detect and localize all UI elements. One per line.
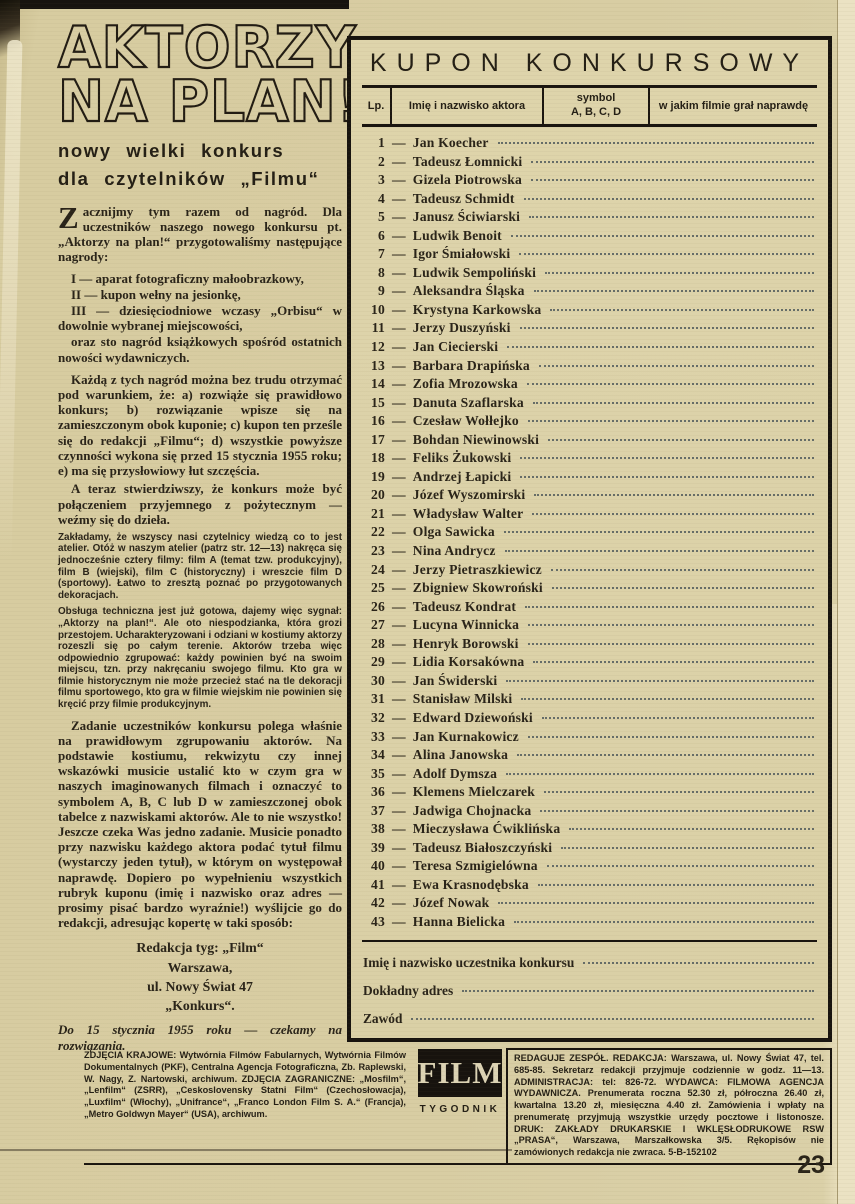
dash-separator: — bbox=[392, 914, 406, 930]
dash-separator: — bbox=[392, 228, 406, 244]
actor-name: Feliks Żukowski bbox=[413, 450, 512, 466]
actor-row: 6 — Ludwik Benoit bbox=[363, 228, 816, 247]
actor-number: 41 bbox=[363, 877, 385, 893]
actor-name: Mieczysława Ćwiklińska bbox=[413, 821, 561, 837]
actor-row: 18 — Feliks Żukowski bbox=[363, 450, 816, 469]
actor-row: 35 — Adolf Dymsza bbox=[363, 766, 816, 785]
actor-name: Janusz Ściwiarski bbox=[413, 209, 520, 225]
answer-blank-line bbox=[504, 531, 814, 533]
answer-blank-line bbox=[548, 439, 814, 441]
actor-row: 31 — Stanisław Milski bbox=[363, 691, 816, 710]
actor-name: Adolf Dymsza bbox=[413, 766, 497, 782]
actor-number: 42 bbox=[363, 895, 385, 911]
actor-name: Aleksandra Śląska bbox=[413, 283, 525, 299]
prize-item-4: oraz sto nagród książkowych spośród osta… bbox=[58, 334, 342, 364]
actor-name: Krystyna Karkowska bbox=[413, 302, 542, 318]
dash-separator: — bbox=[392, 636, 406, 652]
actor-row: 17 — Bohdan Niewinowski bbox=[363, 432, 816, 451]
actor-row: 39 — Tadeusz Białoszczyński bbox=[363, 840, 816, 859]
dash-separator: — bbox=[392, 358, 406, 374]
actor-row: 41 — Ewa Krasnodębska bbox=[363, 877, 816, 896]
actor-name: Ludwik Sempoliński bbox=[413, 265, 536, 281]
actor-number: 39 bbox=[363, 840, 385, 856]
actor-number: 33 bbox=[363, 729, 385, 745]
actor-row: 13 — Barbara Drapińska bbox=[363, 358, 816, 377]
dash-separator: — bbox=[392, 673, 406, 689]
dash-separator: — bbox=[392, 432, 406, 448]
actor-name: Barbara Drapińska bbox=[413, 358, 530, 374]
actor-row: 9 — Aleksandra Śląska bbox=[363, 283, 816, 302]
actor-name: Hanna Bielicka bbox=[413, 914, 505, 930]
answer-blank-line bbox=[506, 773, 814, 775]
page-torn-edge-left bbox=[0, 40, 22, 560]
answer-blank-line bbox=[552, 587, 814, 589]
dash-separator: — bbox=[392, 320, 406, 336]
editorial-address: Redakcja tyg: „Film“ Warszawa, ul. Nowy … bbox=[58, 938, 342, 1015]
actor-name: Jan Świderski bbox=[413, 673, 498, 689]
actor-number: 28 bbox=[363, 636, 385, 652]
dash-separator: — bbox=[392, 803, 406, 819]
answer-blank-line bbox=[524, 198, 814, 200]
actor-name: Jerzy Duszyński bbox=[413, 320, 511, 336]
actor-name: Teresa Szmigielówna bbox=[413, 858, 538, 874]
actor-row: 33 — Jan Kurnakowicz bbox=[363, 729, 816, 748]
page-edge-top bbox=[0, 0, 349, 9]
actor-row: 25 — Zbigniew Skowroński bbox=[363, 580, 816, 599]
actor-number: 8 bbox=[363, 265, 385, 281]
answer-blank-line bbox=[538, 884, 814, 886]
column-header-film: w jakim filmie grał naprawdę bbox=[650, 88, 817, 124]
answer-blank-line bbox=[527, 383, 814, 385]
film-logo-text: FILM bbox=[418, 1055, 503, 1091]
actor-row: 12 — Jan Ciecierski bbox=[363, 339, 816, 358]
paragraph-intro: Zacznijmy tym razem od nagród. Dla uczes… bbox=[58, 204, 342, 265]
answer-blank-line bbox=[550, 309, 814, 311]
field-label-participant-name: Imię i nazwisko uczestnika konkursu bbox=[363, 955, 574, 971]
dash-separator: — bbox=[392, 135, 406, 151]
actor-number: 18 bbox=[363, 450, 385, 466]
paragraph-conditions: Każdą z tych nagród można bez trudu otrz… bbox=[58, 372, 342, 478]
actor-name: Igor Śmiałowski bbox=[413, 246, 511, 262]
address-blank-line bbox=[462, 990, 814, 992]
actor-row: 4 — Tadeusz Schmidt bbox=[363, 191, 816, 210]
dash-separator: — bbox=[392, 265, 406, 281]
page-number: 23 bbox=[797, 1151, 825, 1180]
actor-number: 10 bbox=[363, 302, 385, 318]
actor-name: Jan Ciecierski bbox=[413, 339, 498, 355]
actor-number: 5 bbox=[363, 209, 385, 225]
actor-row: 10 — Krystyna Karkowska bbox=[363, 302, 816, 321]
actor-name: Bohdan Niewinowski bbox=[413, 432, 539, 448]
answer-blank-line bbox=[511, 235, 814, 237]
article-subtitle-line1: nowy wielki konkurs bbox=[58, 137, 342, 166]
actor-row: 22 — Olga Sawicka bbox=[363, 524, 816, 543]
dash-separator: — bbox=[392, 506, 406, 522]
dash-separator: — bbox=[392, 209, 406, 225]
actor-row: 23 — Nina Andrycz bbox=[363, 543, 816, 562]
dash-separator: — bbox=[392, 784, 406, 800]
actor-number: 9 bbox=[363, 283, 385, 299]
actor-number: 37 bbox=[363, 803, 385, 819]
actor-row: 8 — Ludwik Sempoliński bbox=[363, 265, 816, 284]
actor-name: Jadwiga Chojnacka bbox=[413, 803, 532, 819]
actor-row: 27 — Lucyna Winnicka bbox=[363, 617, 816, 636]
column-header-lp: Lp. bbox=[362, 88, 392, 124]
actor-name: Nina Andrycz bbox=[413, 543, 496, 559]
answer-blank-line bbox=[498, 902, 814, 904]
film-logo-box: FILM bbox=[418, 1049, 502, 1097]
dash-separator: — bbox=[392, 469, 406, 485]
answer-blank-line bbox=[540, 810, 814, 812]
dash-separator: — bbox=[392, 172, 406, 188]
actor-number: 31 bbox=[363, 691, 385, 707]
address-line-3: ul. Nowy Świat 47 bbox=[58, 977, 342, 996]
actor-row: 3 — Gizela Piotrowska bbox=[363, 172, 816, 191]
footer: ZDJĘCIA KRAJOWE: Wytwórnia Filmów Fabula… bbox=[84, 1048, 832, 1165]
actor-row: 26 — Tadeusz Kondrat bbox=[363, 599, 816, 618]
actor-number: 24 bbox=[363, 562, 385, 578]
answer-blank-line bbox=[506, 680, 814, 682]
dash-separator: — bbox=[392, 524, 406, 540]
answer-blank-line bbox=[525, 606, 814, 608]
field-label-address: Dokładny adres bbox=[363, 983, 453, 999]
actor-number: 43 bbox=[363, 914, 385, 930]
dash-separator: — bbox=[392, 729, 406, 745]
actor-number: 21 bbox=[363, 506, 385, 522]
actor-name: Henryk Borowski bbox=[413, 636, 519, 652]
actor-row: 38 — Mieczysława Ćwiklińska bbox=[363, 821, 816, 840]
address-line-1: Redakcja tyg: „Film“ bbox=[58, 938, 342, 957]
dash-separator: — bbox=[392, 302, 406, 318]
actor-name: Tadeusz Kondrat bbox=[413, 599, 516, 615]
contest-coupon: KUPON KONKURSOWY Lp. Imię i nazwisko akt… bbox=[347, 36, 832, 1042]
actor-number: 36 bbox=[363, 784, 385, 800]
actor-number: 20 bbox=[363, 487, 385, 503]
actor-name: Ewa Krasnodębska bbox=[413, 877, 529, 893]
actor-number: 1 bbox=[363, 135, 385, 151]
prize-item-2: II — kupon wełny na jesionkę, bbox=[58, 287, 342, 302]
dash-separator: — bbox=[392, 154, 406, 170]
actor-name: Jan Kurnakowicz bbox=[413, 729, 519, 745]
actor-name: Tadeusz Schmidt bbox=[413, 191, 515, 207]
actor-number: 38 bbox=[363, 821, 385, 837]
prize-item-3: III — dziesięciodniowe wczasy „Orbisu“ w… bbox=[58, 303, 342, 333]
field-address: Dokładny adres bbox=[363, 983, 816, 1011]
answer-blank-line bbox=[569, 828, 814, 830]
answer-blank-line bbox=[534, 494, 814, 496]
paragraph-small-1: Zakładamy, że wszyscy nasi czytelnicy wi… bbox=[58, 532, 342, 601]
profession-blank-line bbox=[411, 1018, 814, 1020]
actor-row: 20 — Józef Wyszomirski bbox=[363, 487, 816, 506]
coupon-title: KUPON KONKURSOWY bbox=[362, 40, 817, 85]
dash-separator: — bbox=[392, 617, 406, 633]
actor-number: 3 bbox=[363, 172, 385, 188]
actor-name: Klemens Mielczarek bbox=[413, 784, 535, 800]
actor-name: Józef Nowak bbox=[413, 895, 490, 911]
actor-number: 17 bbox=[363, 432, 385, 448]
actor-number: 13 bbox=[363, 358, 385, 374]
actor-row: 19 — Andrzej Łapicki bbox=[363, 469, 816, 488]
dash-separator: — bbox=[392, 766, 406, 782]
actor-name: Zbigniew Skowroński bbox=[413, 580, 543, 596]
answer-blank-line bbox=[498, 142, 814, 144]
dash-separator: — bbox=[392, 895, 406, 911]
actor-row: 32 — Edward Dziewoński bbox=[363, 710, 816, 729]
actor-number: 14 bbox=[363, 376, 385, 392]
actor-name: Tadeusz Łomnicki bbox=[413, 154, 523, 170]
photo-credits: ZDJĘCIA KRAJOWE: Wytwórnia Filmów Fabula… bbox=[84, 1048, 414, 1165]
answer-blank-line bbox=[529, 216, 814, 218]
actor-row: 1 — Jan Koecher bbox=[363, 135, 816, 154]
actor-name: Lidia Korsakówna bbox=[413, 654, 525, 670]
column-header-name: Imię i nazwisko aktora bbox=[392, 88, 544, 124]
dash-separator: — bbox=[392, 877, 406, 893]
actor-name: Gizela Piotrowska bbox=[413, 172, 522, 188]
actor-row: 36 — Klemens Mielczarek bbox=[363, 784, 816, 803]
column-header-symbol-line2: A, B, C, D bbox=[571, 106, 621, 120]
actor-row: 40 — Teresa Szmigielówna bbox=[363, 858, 816, 877]
actor-row: 30 — Jan Świderski bbox=[363, 673, 816, 692]
dash-separator: — bbox=[392, 691, 406, 707]
dash-separator: — bbox=[392, 395, 406, 411]
answer-blank-line bbox=[532, 513, 814, 515]
actor-name: Olga Sawicka bbox=[413, 524, 495, 540]
magazine-logo: FILM TYGODNIK bbox=[414, 1048, 506, 1165]
actor-number: 35 bbox=[363, 766, 385, 782]
actor-name: Ludwik Benoit bbox=[413, 228, 502, 244]
actor-number: 11 bbox=[363, 320, 385, 336]
actor-number: 22 bbox=[363, 524, 385, 540]
dash-separator: — bbox=[392, 710, 406, 726]
answer-blank-line bbox=[561, 847, 814, 849]
field-label-profession: Zawód bbox=[363, 1011, 402, 1027]
dash-separator: — bbox=[392, 376, 406, 392]
answer-blank-line bbox=[520, 327, 814, 329]
answer-blank-line bbox=[531, 161, 814, 163]
actor-number: 19 bbox=[363, 469, 385, 485]
actor-name: Lucyna Winnicka bbox=[413, 617, 519, 633]
actor-number: 23 bbox=[363, 543, 385, 559]
actor-number: 6 bbox=[363, 228, 385, 244]
field-participant-name: Imię i nazwisko uczestnika konkursu bbox=[363, 955, 816, 983]
actor-name: Józef Wyszomirski bbox=[413, 487, 526, 503]
actor-name: Władysław Walter bbox=[413, 506, 524, 522]
magazine-page: AKTORZY NA PLAN! nowy wielki konkurs dla… bbox=[0, 0, 855, 1204]
answer-blank-line bbox=[528, 624, 814, 626]
answer-blank-line bbox=[520, 457, 814, 459]
dash-separator: — bbox=[392, 339, 406, 355]
actor-name: Tadeusz Białoszczyński bbox=[413, 840, 552, 856]
actor-number: 27 bbox=[363, 617, 385, 633]
answer-blank-line bbox=[521, 698, 814, 700]
actor-row: 34 — Alina Janowska bbox=[363, 747, 816, 766]
actor-row: 2 — Tadeusz Łomnicki bbox=[363, 154, 816, 173]
column-header-symbol: symbol A, B, C, D bbox=[544, 88, 650, 124]
dash-separator: — bbox=[392, 413, 406, 429]
page-edge-right bbox=[837, 0, 855, 1204]
answer-blank-line bbox=[547, 865, 814, 867]
answer-blank-line bbox=[520, 476, 814, 478]
actor-name: Czesław Wołłejko bbox=[413, 413, 519, 429]
actor-name: Zofia Mrozowska bbox=[413, 376, 518, 392]
paragraph-lets-go: A teraz stwierdziwszy, że konkurs może b… bbox=[58, 481, 342, 527]
actor-row: 24 — Jerzy Pietraszkiewicz bbox=[363, 562, 816, 581]
dash-separator: — bbox=[392, 283, 406, 299]
answer-blank-line bbox=[542, 717, 814, 719]
dash-separator: — bbox=[392, 487, 406, 503]
actor-number: 12 bbox=[363, 339, 385, 355]
actor-row: 21 — Władysław Walter bbox=[363, 506, 816, 525]
actor-name: Danuta Szaflarska bbox=[413, 395, 524, 411]
actor-number: 34 bbox=[363, 747, 385, 763]
article-title: AKTORZY NA PLAN! bbox=[58, 20, 342, 129]
dash-separator: — bbox=[392, 599, 406, 615]
answer-blank-line bbox=[544, 791, 814, 793]
actor-name: Jan Koecher bbox=[413, 135, 489, 151]
article-title-line1: AKTORZY bbox=[58, 20, 342, 74]
dash-separator: — bbox=[392, 562, 406, 578]
answer-blank-line bbox=[507, 346, 814, 348]
actor-row: 11 — Jerzy Duszyński bbox=[363, 320, 816, 339]
actor-number: 30 bbox=[363, 673, 385, 689]
actor-row: 14 — Zofia Mrozowska bbox=[363, 376, 816, 395]
coupon-table-header: Lp. Imię i nazwisko aktora symbol A, B, … bbox=[362, 85, 817, 127]
dash-separator: — bbox=[392, 821, 406, 837]
actor-row: 42 — Józef Nowak bbox=[363, 895, 816, 914]
dash-separator: — bbox=[392, 654, 406, 670]
actor-number: 26 bbox=[363, 599, 385, 615]
actor-name: Edward Dziewoński bbox=[413, 710, 533, 726]
field-profession: Zawód bbox=[363, 1011, 816, 1039]
article-subtitle-line2: dla czytelników „Filmu“ bbox=[58, 165, 342, 194]
answer-blank-line bbox=[519, 253, 814, 255]
participant-fields: Imię i nazwisko uczestnika konkursu Dokł… bbox=[362, 942, 817, 1039]
actor-name: Alina Janowska bbox=[413, 747, 508, 763]
dash-separator: — bbox=[392, 580, 406, 596]
actor-row: 43 — Hanna Bielicka bbox=[363, 914, 816, 933]
actor-number: 32 bbox=[363, 710, 385, 726]
answer-blank-line bbox=[528, 420, 814, 422]
answer-blank-line bbox=[514, 921, 814, 923]
dash-separator: — bbox=[392, 858, 406, 874]
actor-number: 7 bbox=[363, 246, 385, 262]
actor-number: 16 bbox=[363, 413, 385, 429]
actor-row: 5 — Janusz Ściwiarski bbox=[363, 209, 816, 228]
actor-number: 2 bbox=[363, 154, 385, 170]
dash-separator: — bbox=[392, 747, 406, 763]
answer-blank-line bbox=[534, 290, 814, 292]
answer-blank-line bbox=[528, 643, 814, 645]
address-line-4: „Konkurs“. bbox=[58, 996, 342, 1015]
paragraph-small-2: Obsługa techniczna jest już gotowa, daje… bbox=[58, 606, 342, 710]
actor-row: 28 — Henryk Borowski bbox=[363, 636, 816, 655]
answer-blank-line bbox=[531, 179, 814, 181]
dash-separator: — bbox=[392, 191, 406, 207]
answer-blank-line bbox=[533, 402, 814, 404]
actor-row: 37 — Jadwiga Chojnacka bbox=[363, 803, 816, 822]
actor-name: Jerzy Pietraszkiewicz bbox=[413, 562, 542, 578]
dash-separator: — bbox=[392, 840, 406, 856]
actor-number: 25 bbox=[363, 580, 385, 596]
paragraph-task: Zadanie uczestników konkursu polega właś… bbox=[58, 718, 342, 931]
actor-number: 4 bbox=[363, 191, 385, 207]
imprint-block: REDAGUJE ZESPÓŁ. REDAKCJA: Warszawa, ul.… bbox=[506, 1048, 832, 1165]
dash-separator: — bbox=[392, 450, 406, 466]
actor-list: 1 — Jan Koecher 2 — Tadeusz Łomnicki 3 —… bbox=[362, 127, 817, 933]
actor-name: Stanisław Milski bbox=[413, 691, 513, 707]
answer-blank-line bbox=[505, 550, 814, 552]
actor-row: 29 — Lidia Korsakówna bbox=[363, 654, 816, 673]
answer-blank-line bbox=[533, 661, 814, 663]
address-line-2: Warszawa, bbox=[58, 958, 342, 977]
article-column: AKTORZY NA PLAN! nowy wielki konkurs dla… bbox=[58, 20, 342, 1054]
prize-list: I — aparat fotograficzny małoobrazkowy, … bbox=[58, 271, 342, 365]
answer-blank-line bbox=[545, 272, 814, 274]
dash-separator: — bbox=[392, 543, 406, 559]
answer-blank-line bbox=[517, 754, 814, 756]
answer-blank-line bbox=[551, 569, 814, 571]
answer-blank-line bbox=[539, 365, 814, 367]
answer-blank-line bbox=[528, 736, 814, 738]
dash-separator: — bbox=[392, 246, 406, 262]
column-header-symbol-line1: symbol bbox=[577, 92, 616, 106]
article-title-line2: NA PLAN! bbox=[58, 74, 342, 128]
actor-number: 29 bbox=[363, 654, 385, 670]
actor-row: 15 — Danuta Szaflarska bbox=[363, 395, 816, 414]
actor-number: 40 bbox=[363, 858, 385, 874]
actor-name: Andrzej Łapicki bbox=[413, 469, 512, 485]
actor-row: 7 — Igor Śmiałowski bbox=[363, 246, 816, 265]
film-logo-subtitle: TYGODNIK bbox=[420, 1104, 501, 1115]
participant-name-blank-line bbox=[583, 962, 814, 964]
prize-item-1: I — aparat fotograficzny małoobrazkowy, bbox=[58, 271, 342, 286]
article-subtitle: nowy wielki konkurs dla czytelników „Fil… bbox=[58, 137, 342, 194]
actor-row: 16 — Czesław Wołłejko bbox=[363, 413, 816, 432]
actor-number: 15 bbox=[363, 395, 385, 411]
